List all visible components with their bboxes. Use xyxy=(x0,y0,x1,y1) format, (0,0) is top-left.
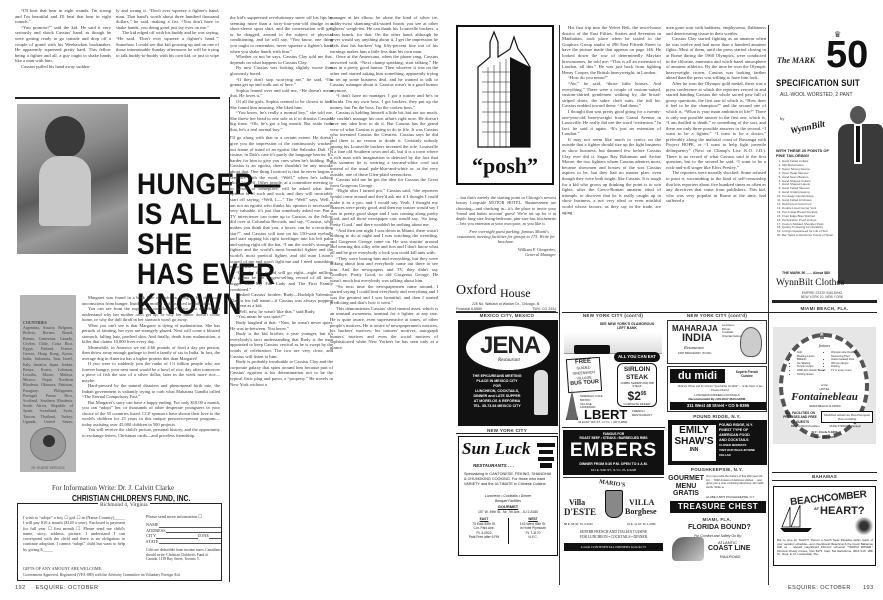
phone: Financial 6-6580 xyxy=(456,307,482,311)
tie xyxy=(856,126,860,162)
section-header-miami: MIAMI, FLA. xyxy=(667,517,767,522)
embers-address: 161 E. 54th ST., N.Y.C. PL 9-3228 xyxy=(563,468,664,472)
pagoda-icon xyxy=(537,439,555,467)
paragraph: You can see from the expression on Marga… xyxy=(82,306,220,323)
paragraph: It may not seem like much to cynics on t… xyxy=(562,137,661,215)
gourmet-address: 157 W. 49th St., Nr. 7th Ave., JU 2-8180 xyxy=(459,510,557,514)
paragraph: “You know, he's really a normal boy,” sh… xyxy=(230,110,333,132)
paragraph: “Aw,” he said, “those little houses. And… xyxy=(562,81,661,109)
gourmet-label: GOURMET xyxy=(459,504,557,509)
section-header-nyc-contd: NEW YORK CITY (cont'd) xyxy=(562,313,664,318)
villa-cuisine: SUPERB FRENCH AND ITALIAN CUISINE xyxy=(563,530,664,534)
column-rule xyxy=(559,25,560,585)
west-location: WEST 143 West 49th St. in Hotel Plymouth… xyxy=(510,517,556,540)
telex: TWX: CG 2334 xyxy=(532,307,556,311)
jena-script: Restaurant xyxy=(498,358,520,363)
govt-line: Government Approved, Registered (VFA-080… xyxy=(23,573,180,578)
column-rule xyxy=(229,97,230,582)
beachcomber-body: But no time for TAHITI? There's a South … xyxy=(777,539,873,557)
facilities-note: ALL FACILITIES ON PREMISES AND FREE TO G… xyxy=(783,411,817,424)
crown-icon: ♛ xyxy=(818,331,826,342)
coupon-form: Richmond 4, Virginia I wish to “adopt” a… xyxy=(17,503,222,581)
du-midi-tag: Superb French Cuisine xyxy=(730,370,764,378)
embers-ad: FAMOUS FOR ROAST BEEF • STEAKS • BARBECU… xyxy=(563,430,664,475)
paragraph: I thought that was pretty good going for… xyxy=(562,109,661,137)
sun-luck-ad: Sun Luck RESTAURANTS . . . Specializing … xyxy=(458,436,558,556)
brand-name: WynnBilt Clothes xyxy=(776,278,844,288)
albert-tagline: SEE NEW YORK'S GLAMOROUS LEFT BANK xyxy=(597,322,657,330)
divider xyxy=(772,472,877,473)
india-name: INDIA xyxy=(682,332,712,344)
model-head xyxy=(850,106,866,124)
magazine-name: ESQUIRE: OCTOBER xyxy=(788,585,851,591)
maharaja-portrait xyxy=(740,327,762,357)
treasure-chest-ad: GOURMET MENU GRATIS Our menu tells the h… xyxy=(668,473,767,515)
divider xyxy=(772,300,877,303)
info-request: Please send more information ☐ NAME ADDR… xyxy=(146,514,221,562)
sun-luck-sub: RESTAURANTS . . . xyxy=(473,463,514,468)
paragraph: “I don't have no manager. I got a traine… xyxy=(330,93,438,110)
maharaja-services: Luncheon Dinner Cocktails Oriental Cuisi… xyxy=(722,324,742,338)
oxford-body: ... but that's merely the starting point… xyxy=(456,195,556,257)
du-midi-desc: Delicate Wines and Provincial “Specialti… xyxy=(676,385,764,392)
features-right: Olympic-size Outdoor Swimming Pool Indoo… xyxy=(831,351,861,373)
logo-house: House xyxy=(500,286,531,300)
paragraph: The reporters were morally shocked. Some… xyxy=(666,170,766,204)
countries-sidebox: COUNTRIES Argentina, Austria, Belgium, B… xyxy=(20,295,76,427)
plan-box: Modified American Plan European Plan ava… xyxy=(821,411,873,423)
list-item: Bar Tacks to Reinforce Points of Strain xyxy=(782,234,844,238)
by-label: by xyxy=(780,116,785,121)
du-midi-ad: du midi Superb French Cuisine Delicate W… xyxy=(667,366,767,412)
villa-right-address: 10 E. 11 ST. PL 1-2096 xyxy=(627,522,656,526)
right-footer: ESQUIRE: OCTOBER 193 xyxy=(788,585,874,591)
crest-icon xyxy=(605,490,623,518)
paragraph: Rudy laughed at that. “Naw, he wasn't ne… xyxy=(230,320,333,331)
sign-line: INN xyxy=(672,447,716,454)
villa-footer: Lavish CONTINENTAL DINNERS from $2.75 xyxy=(564,543,663,551)
paragraph: “I predict this record will go eight—eig… xyxy=(230,270,333,292)
offer-note: COMPLETE DINNER xyxy=(618,402,656,406)
villa-services: FOR LUNCHEON • COCKTAILS • DINNER xyxy=(563,535,664,539)
oxford-logo: Oxford House xyxy=(456,283,556,298)
sign-line: SHAW'S xyxy=(672,436,716,447)
paragraph: His first trip into the Velvet Belt, the… xyxy=(562,25,661,75)
paragraph: “If they don't stop worrying me,” he sai… xyxy=(230,77,333,88)
tour-line: BUS TOUR xyxy=(568,380,600,387)
sign-line: EMILY xyxy=(672,425,716,436)
oxford-address: 225 No. Wabash at Wacker Dr., Chicago, I… xyxy=(456,302,556,306)
child-head xyxy=(45,116,85,158)
sun-luck-name: Sun Luck xyxy=(462,440,531,457)
wynnbilt-ad: ♛ The MARK 50 SPECIFICATION SUIT ALL-WOO… xyxy=(772,28,883,313)
fontainebleau-name: Fontainebleau xyxy=(773,391,876,403)
tax-note: Gifts are deductible from income taxes. … xyxy=(146,548,221,562)
fontainebleau-ad: ♛ features Golf Bowling Lanes Billiards … xyxy=(773,327,876,444)
coast-line-ad: FLORIDA BOUND? For Comfort and Safety Go… xyxy=(668,523,767,563)
all-you-can-eat-banner: ALL YOU CAN EAT xyxy=(614,352,660,362)
emily-details: POUND RIDGE, N.Y. FINEST TYPE OF AMERICA… xyxy=(719,423,765,458)
paragraph: Hard-pressed by the natural disasters an… xyxy=(82,383,220,400)
section-header-mexico-city: MEXICO CITY, MEXICO xyxy=(456,313,558,318)
suited-man-illustration xyxy=(838,124,883,284)
paragraph: But Margaret's story can have a happy en… xyxy=(82,400,220,428)
villa-left-line1: Villa xyxy=(569,498,585,507)
badge-text: 25 YEARS SERVICE xyxy=(20,466,76,470)
emblem-figure xyxy=(43,435,55,447)
management: BEN NOVACK President DUKE STEWART Manage… xyxy=(791,425,861,428)
chef-illustration xyxy=(534,370,548,415)
article-top-col2: ly and wrung it. “Don't ever squeeze a f… xyxy=(116,8,219,58)
marios-label: MARIO'S xyxy=(599,479,626,489)
person: DUKE STEWART Manager xyxy=(830,425,861,428)
posh-wordmark: “posh” xyxy=(458,155,552,177)
villa-ad: MARIO'S Villa D'ESTE VILLA Borghese 58 E… xyxy=(563,477,664,557)
albert-restaurant-ad: SEE NEW YORK'S GLAMOROUS LEFT BANK FREE … xyxy=(562,320,665,425)
article-col5: His first trip into the Velvet Belt, the… xyxy=(562,25,661,215)
paragraph: “Right after I turned pro,” Cassius said… xyxy=(330,188,438,227)
bus-icon xyxy=(574,345,610,354)
du-midi-address: 311 West 48 Street • CO 5-9395 xyxy=(670,402,766,410)
train-icon xyxy=(672,537,704,561)
points-heading: WITH THESE 20 POINTS OF FINE TAILORING! xyxy=(776,148,838,158)
section-header-miami-beach: MIAMI BEACH, FLA. xyxy=(772,306,877,311)
paragraph: You will receive the child's picture, pe… xyxy=(82,427,220,438)
paragraph: men gone sour with baldness, emphysema, … xyxy=(666,25,766,36)
east-location: EAST 75 East 55th St. Cor. Park Ave. PL … xyxy=(461,517,507,540)
paragraph: After he won the Olympic gold medal, the… xyxy=(666,81,766,171)
mark-number: 50 xyxy=(826,36,868,74)
brand-address: NEW YORK 10, NEW YORK xyxy=(772,295,872,299)
paragraph: “They were booing him and everything, bu… xyxy=(330,256,438,284)
child-photo xyxy=(17,104,128,254)
paragraph: This demonstrates Cassius' chief mental … xyxy=(330,306,438,351)
org-address: Richmond 4, Virginia xyxy=(98,503,150,508)
paragraph: ly and wrung it. “Don't ever squeeze a f… xyxy=(116,8,219,30)
paragraph: Cassius is kidding himself a little bit,… xyxy=(330,110,438,177)
badge-panel: 25 YEARS SERVICE xyxy=(20,424,76,472)
paragraph: I asked Cassius' brother, Rudy—Rudolph V… xyxy=(230,292,333,309)
feature-item: Putting Green xyxy=(797,373,827,377)
more-info-checkbox[interactable]: Please send more information ☐ xyxy=(146,514,221,519)
paragraph: the kid's suppressed revolutionary sneer… xyxy=(230,15,333,54)
coastline-brand: COAST LINE xyxy=(708,545,750,552)
embers-name: EMBERS xyxy=(563,441,664,461)
paragraph: Rudy is probably invaluable to Cassius C… xyxy=(230,359,333,387)
paragraph: Meanwhile, in America we eat 4.66 pounds… xyxy=(82,345,220,362)
left-footer: 192 ESQUIRE: OCTOBER xyxy=(15,585,99,591)
emily-shaws-ad: EMILY SHAW'S INN POUND RIDGE, N.Y. FINES… xyxy=(668,420,767,465)
villa-right-line1: VILLA xyxy=(629,498,654,507)
embers-hours: DINNER FROM 5:30 P.M. OPEN TO 4 A.M. xyxy=(563,462,664,466)
oxford-illustration: “posh” xyxy=(456,25,554,185)
divider xyxy=(15,97,220,99)
paragraph: manager at his elbow, let alone the kind… xyxy=(330,15,438,54)
address-line: N.Y.C. xyxy=(510,535,556,540)
albert-address: 42 EAST 11th ST., N.Y.C. • OR 3-3890 xyxy=(578,420,627,424)
article-col6: men gone sour with baldness, emphysema, … xyxy=(666,25,766,204)
address-line: Park Free after 6 PM xyxy=(461,535,507,540)
emily-shaws-sign: EMILY SHAW'S INN xyxy=(672,425,716,461)
ccf-body: Margaret was found in a back lane of Cal… xyxy=(82,295,220,438)
column-rule xyxy=(768,25,769,585)
magazine-name: ESQUIRE: OCTOBER xyxy=(36,585,99,591)
free-tour-box[interactable]: FREE GUIDED GREENWICH VILLAGE BUS TOUR xyxy=(566,357,602,393)
beachcomber-heart: HEART? xyxy=(820,505,865,517)
paragraph: Once at the Americana, when the phone ra… xyxy=(330,54,438,93)
palm-tree-icon xyxy=(854,517,874,535)
ad-copy: ... but that's merely the starting point… xyxy=(456,195,556,227)
paragraph: Whether or not he says, Cassius Clay tol… xyxy=(230,54,333,65)
divider xyxy=(562,427,665,428)
steak-offer: SIRLOIN STEAK JUMBO SHRIMP AND RIB STEAK… xyxy=(617,363,657,407)
price: $2 xyxy=(628,389,641,403)
gifts-line: GIFTS OF ANY AMOUNT ARE WELCOME. xyxy=(23,566,102,571)
beachcomber-ad: BEACHCOMBER AT HEART? But no time for TA… xyxy=(773,486,876,566)
treasure-name: TREASURE CHEST INN xyxy=(670,501,766,513)
coastline-brand: RAILROAD xyxy=(720,554,740,559)
headline-line: GOURMET xyxy=(668,475,704,483)
signature-title: General Manager xyxy=(456,252,556,257)
detail-line: TEL. 35-73-94 MEXICO CITY xyxy=(462,404,532,409)
field-label: STATE xyxy=(146,539,159,545)
ad-note: Free overnight guest parking, famous Mou… xyxy=(456,229,556,245)
article-col3: the kid's suppressed revolutionary sneer… xyxy=(230,15,333,387)
paragraph: Cassius pulled his hand away sudden- xyxy=(15,64,111,70)
paragraph: If you were to suddenly join the ranks o… xyxy=(82,361,220,383)
paragraph: “So next time the newspapermen came arou… xyxy=(330,284,438,306)
section-header-bahamas: BAHAMAS xyxy=(772,474,877,479)
du-midi-recommended: Recommended By HOLIDAY MAGAZINE xyxy=(668,397,766,401)
detail-line: VISIT OUR WALK-IN WINE CELLAR xyxy=(719,448,765,458)
villa-left-address: 58 E. 56 ST. PL 3-2021 xyxy=(564,522,593,526)
adopt-form-text[interactable]: I wish to “adopt” a boy ☐ girl ☐ in (Nam… xyxy=(23,515,125,552)
jena-restaurant-ad: JENA Restaurant THE EPICUREANS MEETING P… xyxy=(458,320,558,426)
paragraph: Rudy is the kid brother, a year younger,… xyxy=(230,331,333,359)
headline-line: GRATIS xyxy=(668,490,704,498)
maharaja-address: 1587 BROADWAY (TO-81) xyxy=(678,351,711,355)
jena-name: JENA xyxy=(480,334,540,358)
sun-luck-banquet: Banquet Facilities xyxy=(459,499,557,503)
jena-details: THE EPICUREANS MEETING PLACE IN MEXICO C… xyxy=(462,374,532,409)
paragraph: “You promise?” said the kid. He said it … xyxy=(15,25,111,64)
fontainebleau-location: MIAMI BEACH FLORIDA xyxy=(803,404,847,408)
villa-left-line2: D'ESTE xyxy=(564,507,596,517)
feature-item: TV in every room xyxy=(831,369,861,373)
sun-luck-desc: Specializing in CANTONESE, PEKING, SHANG… xyxy=(464,472,554,486)
coastline-title: FLORIDA BOUND? xyxy=(688,524,751,531)
paragraph: “I'll beat that bear in eight rounds. I'… xyxy=(15,8,111,25)
page-number: 193 xyxy=(863,585,874,591)
paragraph: Margaret was found in a back lane of Cal… xyxy=(82,295,220,306)
suit-subtitle: ALL-WOOL WORSTED, 2 PANT xyxy=(780,92,853,98)
maharaja-script: Restaurant xyxy=(684,345,704,350)
page-number: 192 xyxy=(15,585,26,591)
paragraph: What you can't see is that Margaret is d… xyxy=(82,323,220,345)
paragraph: “And then one night I was down in Miami,… xyxy=(330,228,438,256)
phone-ny: N.Y.: Circle 5-1800 xyxy=(773,430,876,434)
the-mark-label: The MARK xyxy=(777,56,815,65)
eiffel-tower-icon xyxy=(566,390,578,420)
wynnbilt-logo: WynnBilt xyxy=(789,118,825,135)
price-cents: 95 xyxy=(641,391,647,397)
divider xyxy=(508,518,509,544)
paragraph: Sophia leaned over and told me, “He does… xyxy=(230,88,333,99)
schooner-icon xyxy=(778,505,818,533)
paragraph: Cassius Clay started fighting as an amat… xyxy=(666,36,766,81)
ccf-emblem-icon xyxy=(30,427,66,461)
treasure-address: GLOBE 2-5875 POUGHKEEPSIE, N.Y. xyxy=(706,495,766,499)
service-line: Oriental Cuisine xyxy=(722,335,742,339)
features-label: features xyxy=(773,344,876,348)
gourmet-menu-gratis: GOURMET MENU GRATIS xyxy=(668,475,704,498)
section-header-nyc-contd: NEW YORK CITY (cont'd) xyxy=(667,313,767,318)
phone-chi: CHI.: 642-6620 xyxy=(773,435,876,439)
du-midi-name: du midi xyxy=(670,369,725,383)
divider xyxy=(772,312,877,313)
divider xyxy=(456,433,558,434)
section-header-pound-ridge: POUND RIDGE, N.Y. xyxy=(667,414,767,419)
section-header-poughkeepsie: POUGHKEEPSIE, N.Y. xyxy=(667,467,767,472)
info-line: For Information Write: Dr. J. Calvitt Cl… xyxy=(52,484,174,492)
headline-line: MENU xyxy=(668,483,704,491)
paragraph: Cassius told me he got the idea for Cass… xyxy=(330,177,438,188)
price-line: THE MARK 50 ...... About $80 xyxy=(782,271,830,275)
sun-luck-services: Luncheon • Cocktails • Dinner xyxy=(459,494,557,498)
child-dress xyxy=(39,156,91,226)
logo-oxford: Oxford xyxy=(456,283,496,298)
person: BEN NOVACK President xyxy=(791,425,820,428)
article-top-col1: “I'll beat that bear in eight rounds. I'… xyxy=(15,8,111,70)
villa-right-line2: Borghese xyxy=(625,507,657,516)
tailoring-points-list: Hand Felled Collars Silk Buttonholes Sup… xyxy=(782,160,844,238)
albert-sub: FRENCH RESTAURANT xyxy=(632,410,664,417)
maharaja-ad: MAHARAJA INDIA Restaurant 1587 BROADWAY … xyxy=(667,320,767,364)
suit-title: SPECIFICATION SUIT xyxy=(776,78,860,89)
offer-line: SIRLOIN xyxy=(618,366,656,374)
divider xyxy=(772,480,877,481)
paragraph: The kid edged off with his buddy and he … xyxy=(116,30,219,58)
field-line xyxy=(159,539,221,545)
dropcap-paragraph: I'll go along with that to a certain ext… xyxy=(230,135,333,269)
treasure-desc: Our menu tells the history of this 200 y… xyxy=(706,475,766,489)
article-col4: manager at his elbow, let alone the kind… xyxy=(330,15,438,351)
paragraph: By now Cassius was looking slightly wors… xyxy=(230,65,333,76)
countries-list: Argentina, Austria, Belgium, Bolivia, Bo… xyxy=(23,325,73,434)
skyscraper-icon xyxy=(458,27,552,152)
paragraph: Of all the girls, Sophia seemed to be cl… xyxy=(230,99,333,110)
state-field[interactable]: STATE xyxy=(146,539,221,545)
